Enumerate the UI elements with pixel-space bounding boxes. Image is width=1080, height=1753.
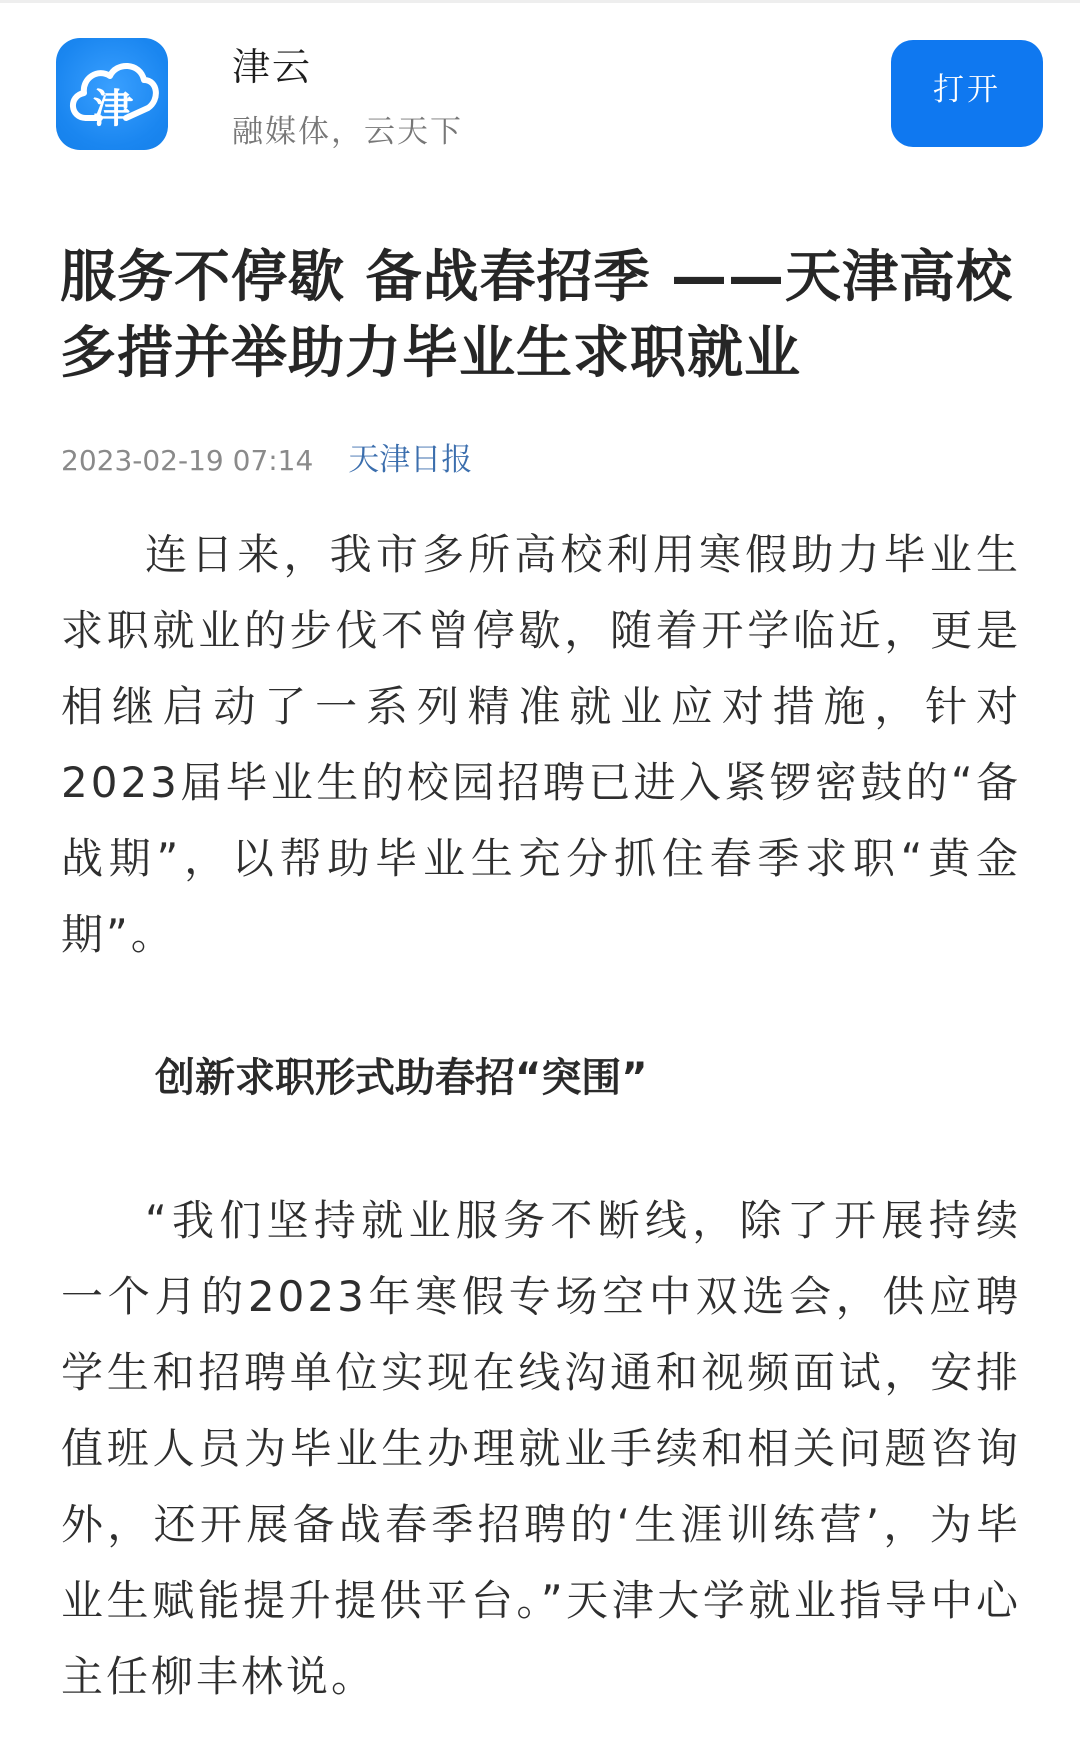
publish-date: 2023-02-19 07:14 <box>61 444 313 477</box>
app-download-banner: 津 津云 融媒体，云天下 打开 <box>0 0 1080 190</box>
svg-text:津: 津 <box>93 86 133 132</box>
app-logo-icon[interactable]: 津 <box>56 38 168 150</box>
app-slogan: 融媒体，云天下 <box>232 106 463 151</box>
article-title: 服务不停歇 备战春招季 ——天津高校多措并举助力毕业生求职就业 <box>60 240 1040 392</box>
source-link[interactable]: 天津日报 <box>348 442 472 478</box>
article-paragraph: “我们坚持就业服务不断线，除了开展持续一个月的2023年寒假专场空中双选会，供应… <box>61 1183 1021 1715</box>
app-name: 津云 <box>232 36 312 91</box>
open-app-button[interactable]: 打开 <box>891 40 1043 147</box>
article-meta: 2023-02-19 07:14 天津日报 <box>61 440 472 481</box>
article-paragraph: 连日来，我市多所高校利用寒假助力毕业生求职就业的步伐不曾停歇，随着开学临近，更是… <box>61 517 1021 973</box>
section-heading: 创新求职形式助春招“突围” <box>155 1050 648 1106</box>
